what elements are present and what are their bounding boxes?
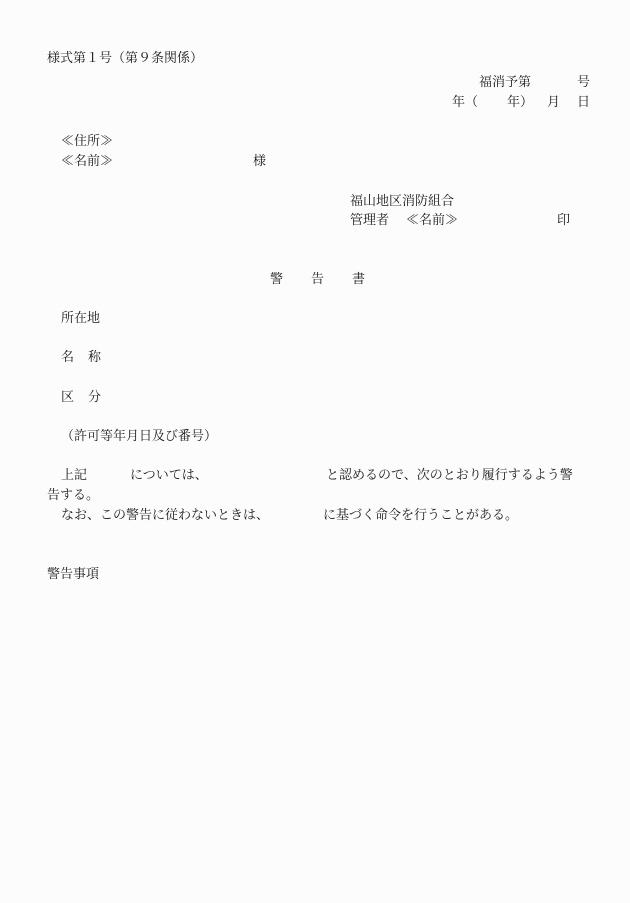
issuer-title: 管理者 xyxy=(350,212,389,229)
date-year: 年（ xyxy=(452,94,478,111)
date-day: 日 xyxy=(577,94,590,111)
body-line3-b: に基づく命令を行うことがある。 xyxy=(323,507,518,524)
form-label: 様式第１号（第９条関係） xyxy=(47,50,203,67)
permit-label: （許可等年月日及び番号） xyxy=(61,428,217,445)
category-label-1: 区 xyxy=(61,389,74,406)
reference-suffix: 号 xyxy=(577,74,590,91)
issuer-name: ≪名前≫ xyxy=(406,212,458,229)
name-label-2: 称 xyxy=(88,349,101,366)
body-line1-b: については、 xyxy=(130,467,208,484)
name-label-1: 名 xyxy=(61,349,74,366)
reference-prefix: 福消予第 xyxy=(479,74,531,91)
recipient-name: ≪名前≫ xyxy=(61,153,113,170)
title-char-1: 警 xyxy=(270,271,283,288)
issuer-organization: 福山地区消防組合 xyxy=(350,193,454,210)
date-month: 月 xyxy=(547,94,560,111)
recipient-address: ≪住所≫ xyxy=(61,133,113,150)
location-label: 所在地 xyxy=(61,310,100,327)
warning-items-label: 警告事項 xyxy=(47,566,99,583)
date-era-year: 年） xyxy=(507,94,533,111)
category-label-2: 分 xyxy=(88,389,101,406)
title-char-3: 書 xyxy=(352,271,365,288)
title-char-2: 告 xyxy=(311,271,324,288)
recipient-honorific: 様 xyxy=(253,153,266,170)
body-line1-c: と認めるので、次のとおり履行するよう警 xyxy=(326,467,573,484)
body-line3-a: なお、この警告に従わないときは、 xyxy=(61,507,269,524)
body-line2: 告する。 xyxy=(47,487,99,504)
seal-mark: 印 xyxy=(557,212,570,229)
body-line1-a: 上記 xyxy=(61,467,87,484)
